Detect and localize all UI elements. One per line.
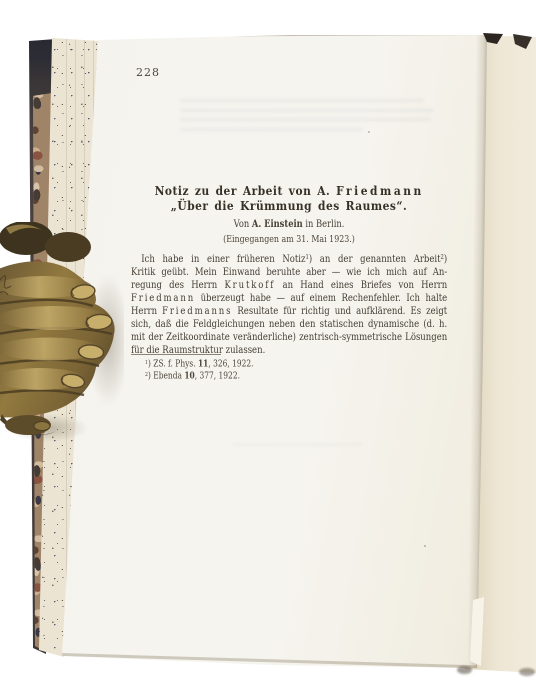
article-title: Notiz zu der Arbeit von A. Friedmann „Üb…: [131, 183, 447, 213]
hand-knuckle: [45, 232, 91, 262]
brass-hand-clasp: [0, 222, 124, 446]
byline: Von A. Einstein in Berlin.: [155, 219, 424, 230]
body-line-5: Herrn Friedmanns Resultate für richtig u…: [131, 305, 447, 318]
body-line-7: mit der Zeitkoordinate veränderliche) ze…: [131, 331, 447, 344]
thumb-nail: [34, 422, 50, 431]
article-title-line1: Notiz zu der Arbeit von A. Friedmann: [155, 183, 424, 198]
body-line-4: Friedmann überzeugt habe — auf einem Rec…: [131, 292, 447, 305]
bottom-dark-mark: [519, 668, 535, 676]
received-date-line: (Eingegangen am 31. Mai 1923.): [155, 234, 424, 245]
article-body: Ich habe in einer früheren Notiz1) an de…: [131, 251, 447, 357]
body-line-8: für die Raumstruktur zulassen.: [131, 344, 447, 357]
bottom-dark-mark: [457, 666, 472, 674]
body-line-6: sich, daß die Feldgleichungen neben den …: [131, 318, 447, 331]
book-photo: 228 Notiz zu der Arbeit von A. Friedmann…: [0, 0, 536, 700]
footnotes: 1) ZS. f. Phys. 11, 326, 1922.2) Ebenda …: [145, 358, 366, 383]
body-line-1: Ich habe in einer früheren Notiz1) an de…: [131, 251, 447, 266]
footnote-2: 2) Ebenda 10, 377, 1922.: [145, 370, 366, 382]
footnote-rule: [131, 354, 221, 355]
body-line-2: Kritik geübt. Mein Einwand beruhte aber …: [131, 266, 447, 279]
article-title-line2: „Über die Krümmung des Raumes“.: [155, 198, 424, 213]
footnote-1: 1) ZS. f. Phys. 11, 326, 1922.: [145, 358, 366, 370]
body-line-3: regung des Herrn Krutkoff an Hand eines …: [131, 279, 447, 292]
page-number: 228: [136, 66, 160, 79]
